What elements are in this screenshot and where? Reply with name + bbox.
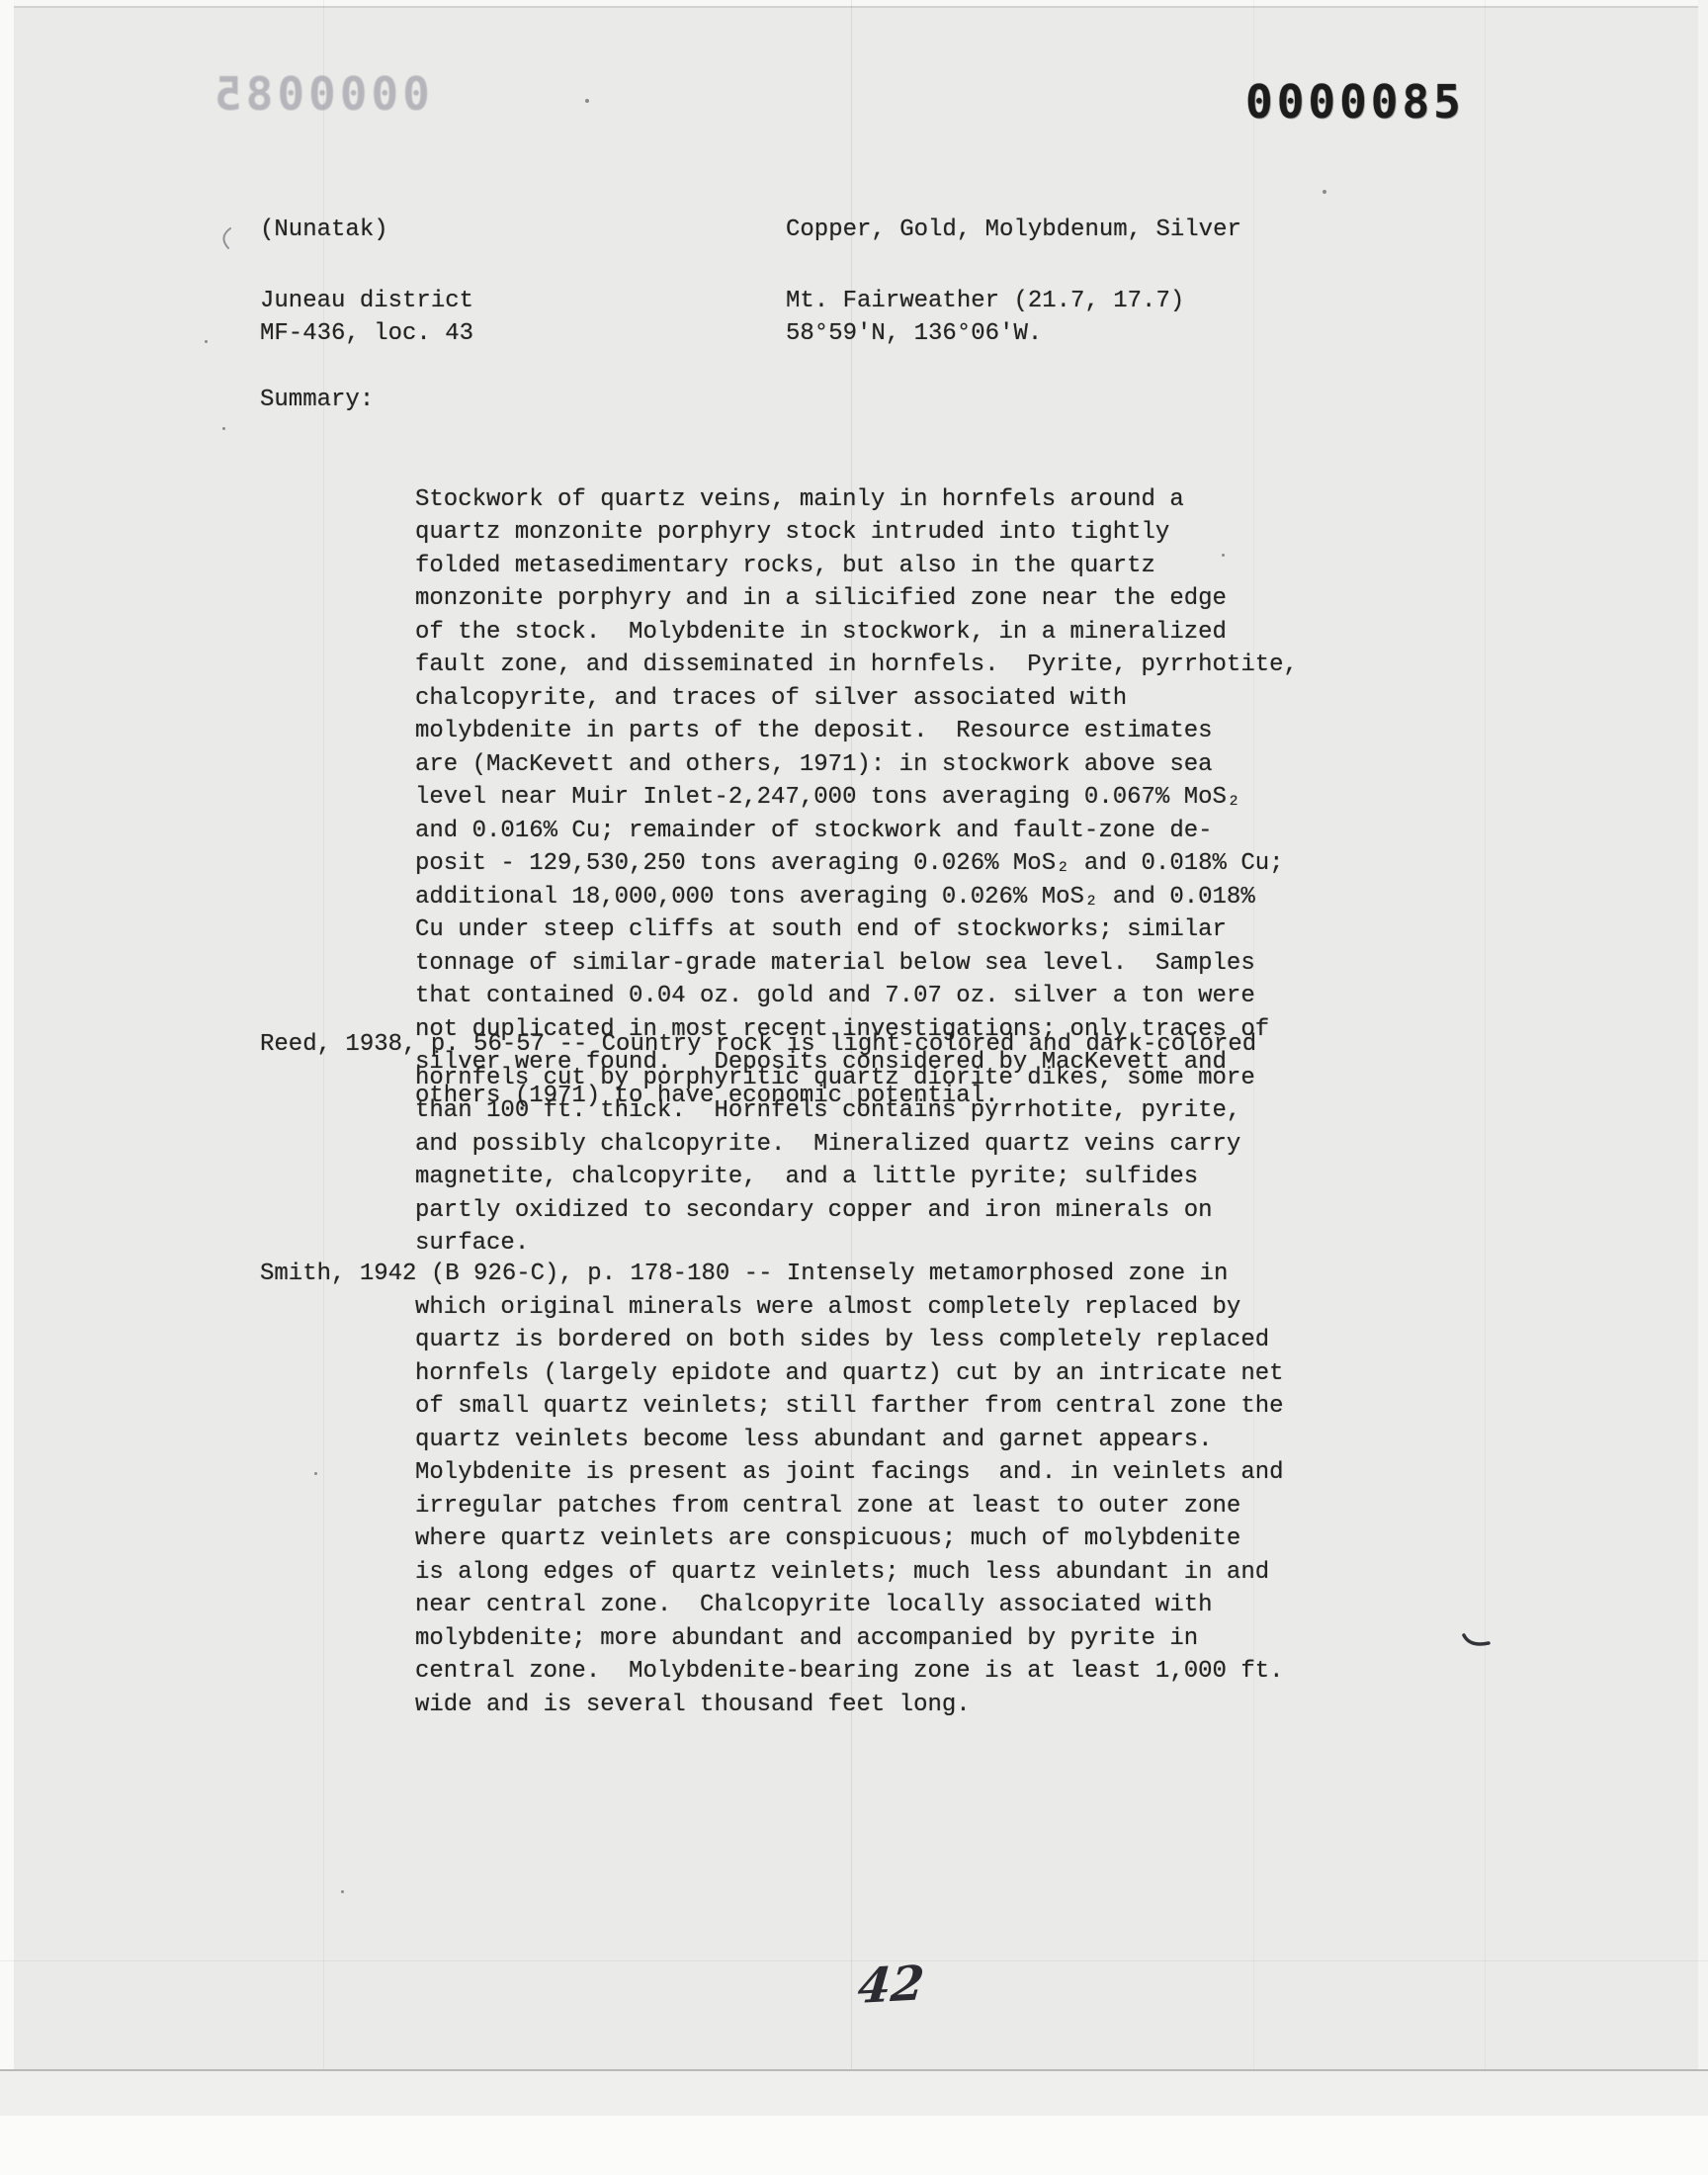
- text-line: molybdenite in parts of the deposit. Res…: [415, 715, 1505, 748]
- paper-crease-line: [0, 1960, 1708, 1961]
- scanned-document-page: 0000085 0000085 (Nunatak) Copper, Gold, …: [0, 0, 1708, 2175]
- quadrangle-name: Mt. Fairweather (21.7, 17.7): [786, 285, 1184, 318]
- text-line: quartz veinlets become less abundant and…: [415, 1424, 1505, 1457]
- map-reference: MF-436, loc. 43: [260, 317, 473, 351]
- text-line: Cu under steep cliffs at south end of st…: [415, 913, 1505, 947]
- text-line: partly oxidized to secondary copper and …: [415, 1194, 1505, 1228]
- scan-edge-bottom-band: [0, 2069, 1708, 2118]
- text-line: irregular patches from central zone at l…: [415, 1490, 1505, 1523]
- summary-label: Summary:: [260, 384, 374, 417]
- text-line: hornfels (largely epidote and quartz) cu…: [415, 1357, 1505, 1391]
- text-line: folded metasedimentary rocks, but also i…: [415, 550, 1505, 583]
- text-line: monzonite porphyry and in a silicified z…: [415, 582, 1505, 616]
- scan-edge-top: [0, 0, 1708, 8]
- text-line: central zone. Molybdenite-bearing zone i…: [415, 1655, 1505, 1689]
- text-line: of the stock. Molybdenite in stockwork, …: [415, 616, 1505, 650]
- text-line: Molybdenite is present as joint facings …: [415, 1456, 1505, 1490]
- text-line: fault zone, and disseminated in hornfels…: [415, 649, 1505, 682]
- text-line: chalcopyrite, and traces of silver assoc…: [415, 682, 1505, 716]
- dust-speck: [314, 1472, 317, 1475]
- scan-edge-right: [1698, 0, 1708, 2175]
- dust-speck: [341, 1890, 344, 1893]
- serial-number-stamp: 0000085: [1245, 75, 1465, 129]
- pen-check-mark: [1461, 1629, 1493, 1655]
- site-name: (Nunatak): [260, 214, 388, 247]
- text-line: molybdenite; more abundant and accompani…: [415, 1622, 1505, 1656]
- text-line: quartz monzonite porphyry stock intruded…: [415, 516, 1505, 550]
- text-line: additional 18,000,000 tons averaging 0.0…: [415, 881, 1505, 914]
- scan-edge-left: [0, 0, 14, 2175]
- dust-speck: [1222, 554, 1225, 557]
- text-line: magnetite, chalcopyrite, and a little py…: [415, 1161, 1505, 1194]
- reference-paragraph-smith: Smith, 1942 (B 926-C), p. 178-180 -- Int…: [260, 1258, 1505, 1721]
- dust-speck: [585, 99, 589, 103]
- text-line: than 100 ft. thick. Hornfels contains py…: [415, 1094, 1505, 1128]
- text-line: wide and is several thousand feet long.: [415, 1689, 1505, 1722]
- text-line: Stockwork of quartz veins, mainly in hor…: [415, 483, 1505, 517]
- pen-squiggle-mark: [215, 225, 237, 251]
- reference-paragraph-reed: Reed, 1938, p. 56-57 -- Country rock is …: [260, 1028, 1505, 1261]
- text-line: surface.: [415, 1227, 1505, 1261]
- text-line: tonnage of similar-grade material below …: [415, 947, 1505, 981]
- text-line: of small quartz veinlets; still farther …: [415, 1390, 1505, 1424]
- text-line: that contained 0.04 oz. gold and 7.07 oz…: [415, 980, 1505, 1013]
- text-line: posit - 129,530,250 tons averaging 0.026…: [415, 847, 1505, 881]
- text-line: level near Muir Inlet-2,247,000 tons ave…: [415, 781, 1505, 815]
- text-line: near central zone. Chalcopyrite locally …: [415, 1589, 1505, 1622]
- text-line: which original minerals were almost comp…: [415, 1291, 1505, 1325]
- handwritten-page-number: 42: [856, 1956, 927, 2015]
- text-line: quartz is bordered on both sides by less…: [415, 1324, 1505, 1357]
- text-line: hornfels cut by porphyritic quartz diori…: [415, 1062, 1505, 1095]
- commodities-list: Copper, Gold, Molybdenum, Silver: [786, 214, 1241, 247]
- dust-speck: [1323, 190, 1326, 194]
- text-line: is along edges of quartz veinlets; much …: [415, 1556, 1505, 1590]
- text-line: Reed, 1938, p. 56-57 -- Country rock is …: [260, 1028, 1505, 1062]
- dust-speck: [222, 427, 225, 430]
- text-line: and possibly chalcopyrite. Mineralized q…: [415, 1128, 1505, 1162]
- bleed-through-stamp: 0000085: [211, 67, 430, 121]
- text-line: are (MacKevett and others, 1971): in sto…: [415, 748, 1505, 782]
- district-name: Juneau district: [260, 285, 473, 318]
- text-line: where quartz veinlets are conspicuous; m…: [415, 1522, 1505, 1556]
- dust-speck: [205, 340, 208, 343]
- scan-edge-bottom: [0, 2116, 1708, 2175]
- text-line: Smith, 1942 (B 926-C), p. 178-180 -- Int…: [260, 1258, 1505, 1291]
- text-line: and 0.016% Cu; remainder of stockwork an…: [415, 815, 1505, 848]
- summary-paragraph: Stockwork of quartz veins, mainly in hor…: [415, 483, 1505, 1113]
- coordinates: 58°59'N, 136°06'W.: [786, 317, 1042, 351]
